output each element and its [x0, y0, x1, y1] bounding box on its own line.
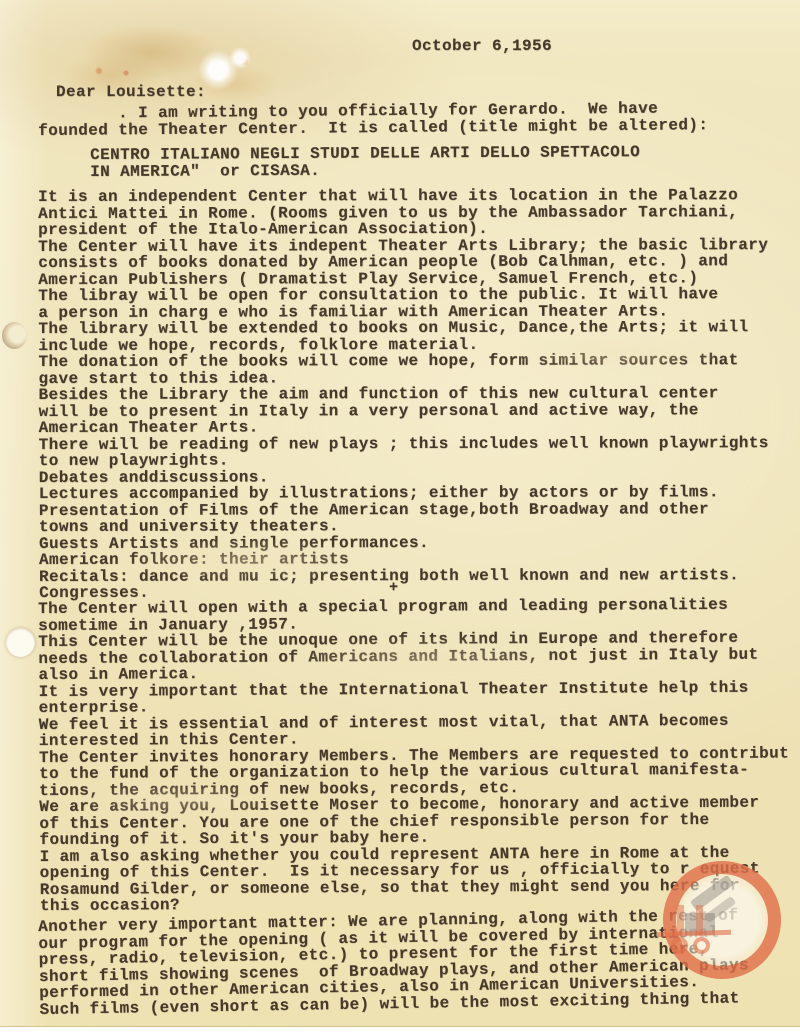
paragraph-body-3: Another very important matter: We are pl… — [38, 907, 750, 1018]
hole-punch-top — [2, 322, 27, 349]
scan-edge — [0, 1027, 800, 1035]
paragraph-body-2: The Center will open with a special prog… — [38, 596, 790, 914]
letter-page: October 6,1956 Dear Louisette: . I am wr… — [0, 0, 800, 1027]
salutation: Dear Louisette: — [56, 84, 206, 101]
paragraph-body-1: It is an independent Center that will ha… — [38, 187, 769, 601]
hole-punch-bottom — [6, 628, 35, 657]
letter-date: October 6,1956 — [412, 38, 552, 55]
paragraph-intro: . I am writing to you officially for Ger… — [38, 100, 708, 139]
organization-title: CENTRO ITALIANO NEGLI STUDI DELLE ARTI D… — [90, 144, 640, 180]
insertion-mark: + — [389, 579, 398, 596]
